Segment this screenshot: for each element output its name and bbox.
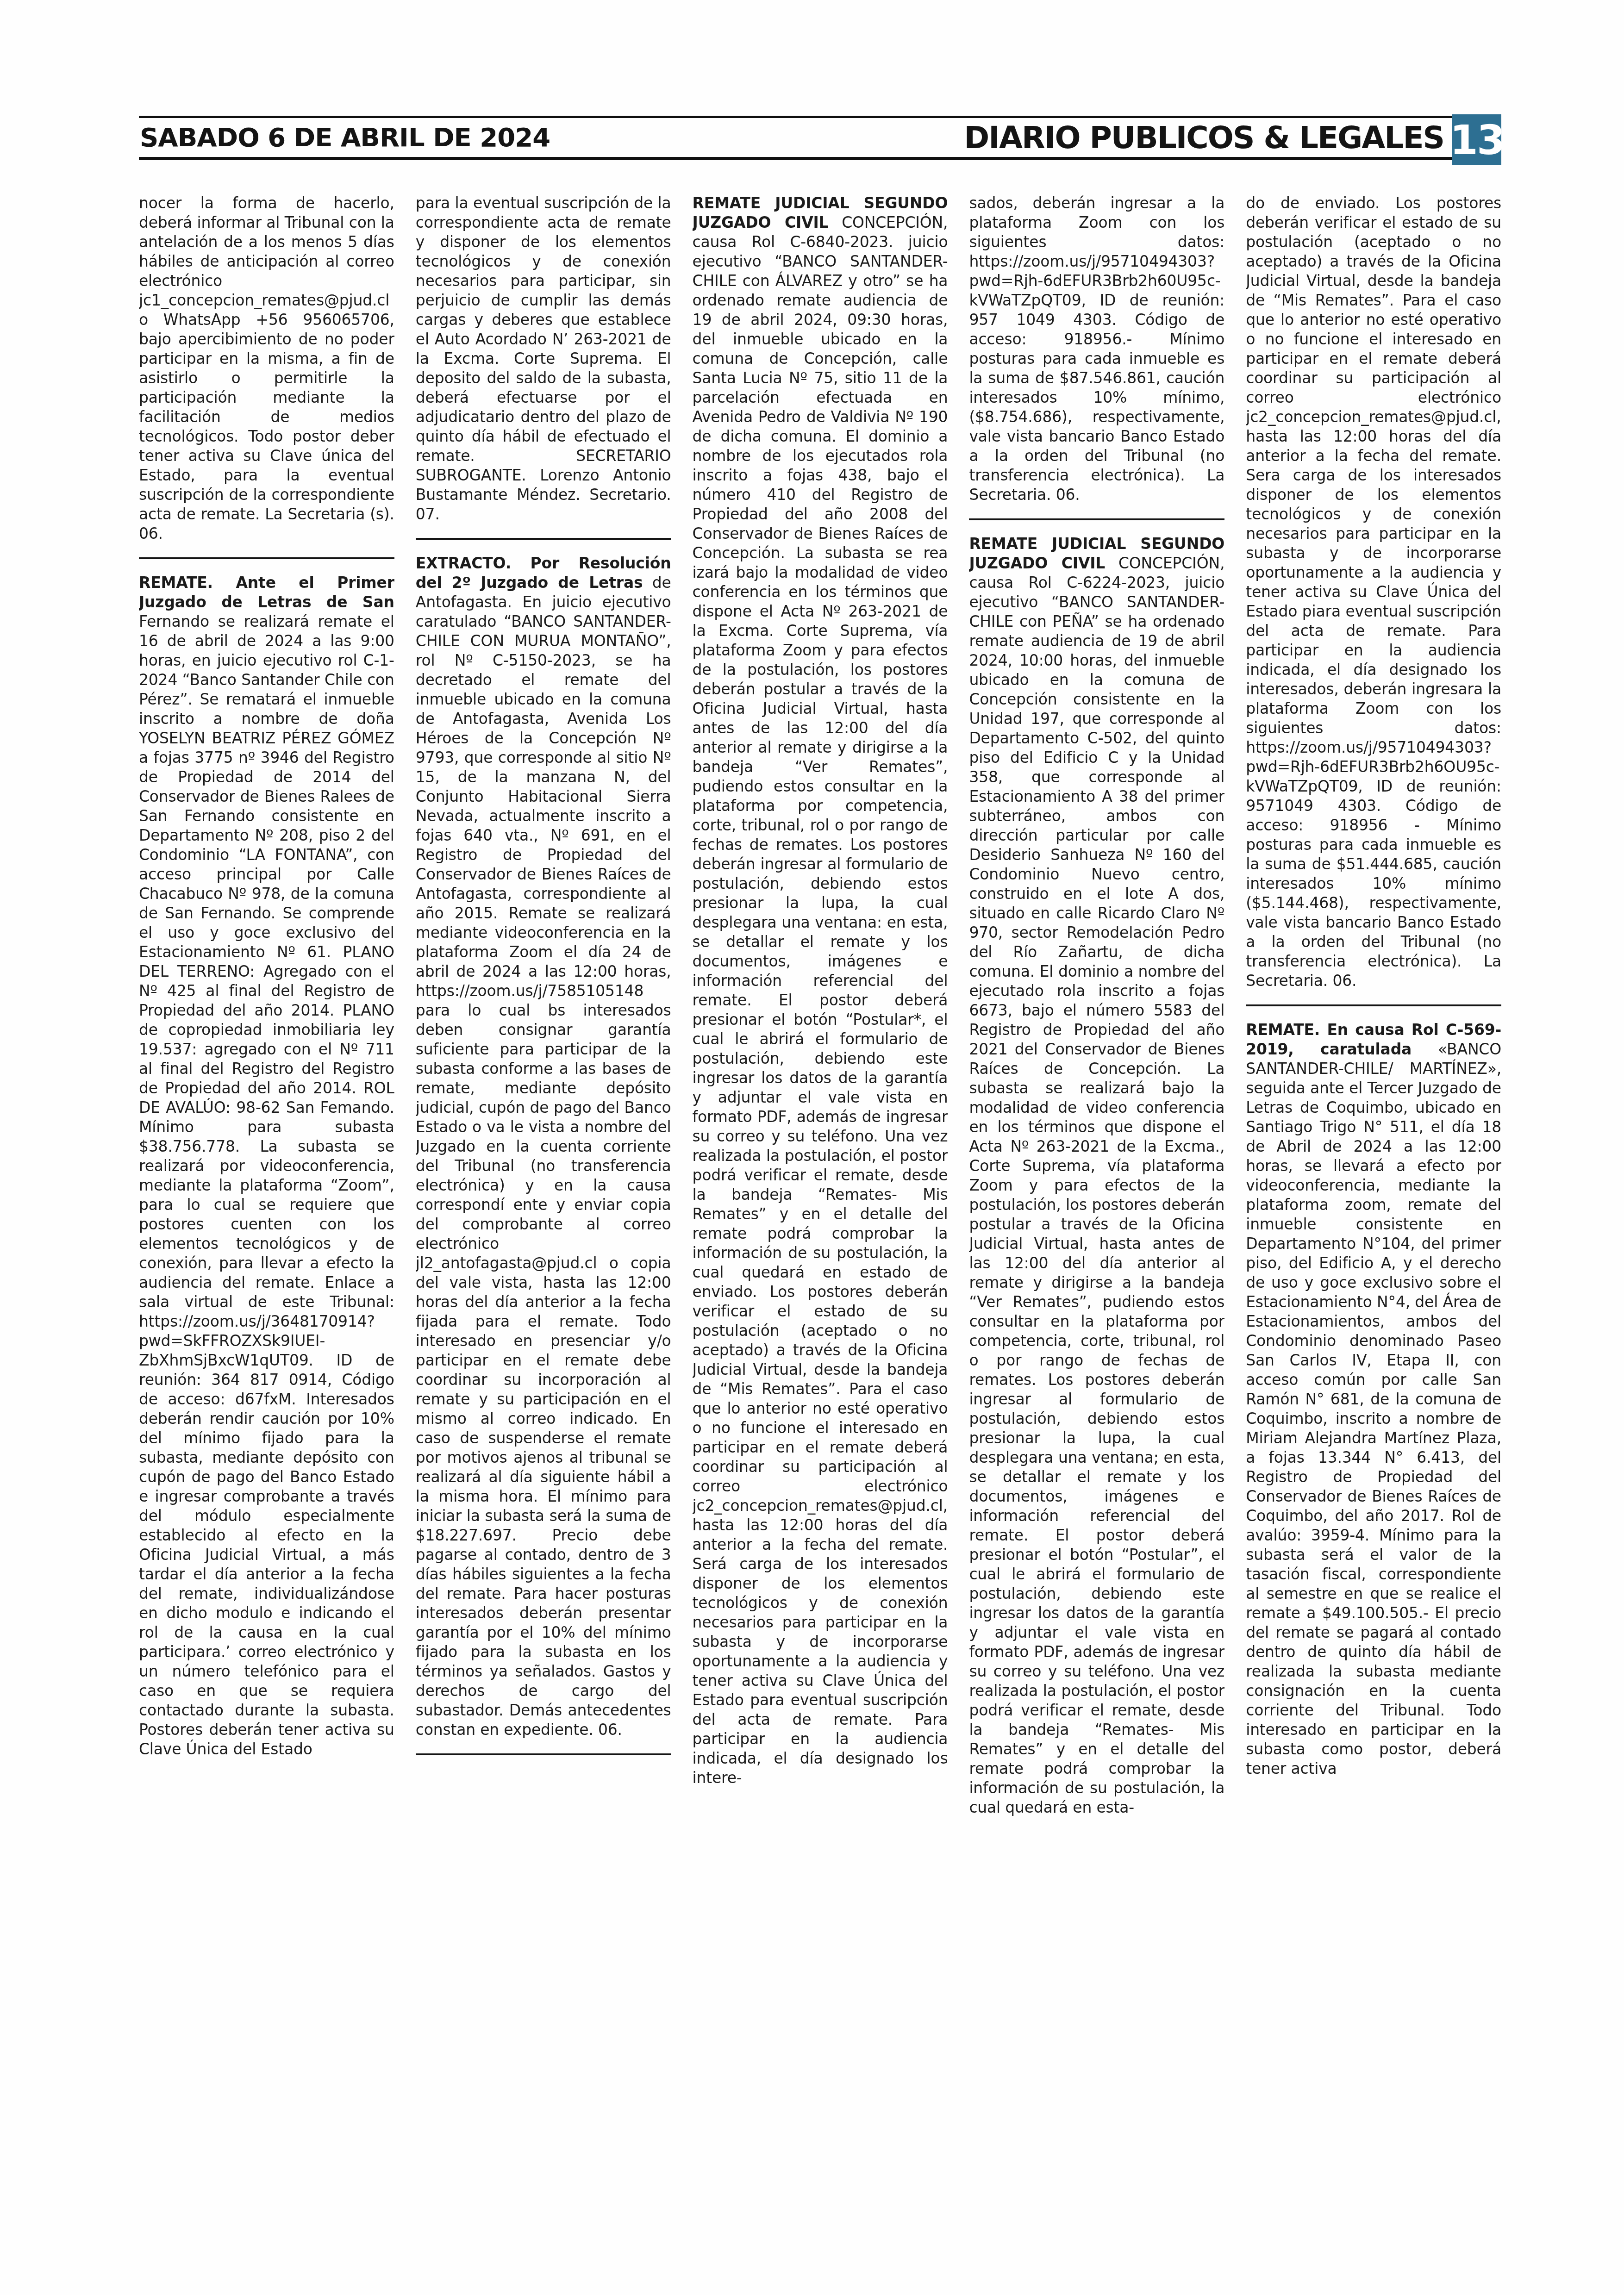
column-2: para la eventual suscripción de la corre… [416, 193, 671, 2221]
column-5: do de enviado. Los postores deberán veri… [1246, 193, 1501, 2221]
notice-continuation: sados, deberán ingresar a la plataforma … [969, 193, 1224, 505]
notice-divider [1246, 1004, 1501, 1006]
notice-divider [139, 557, 394, 559]
notice: EXTRACTO. Por Resolución del 2º Juzgado … [416, 554, 671, 1740]
notice-divider [416, 538, 671, 540]
header-brand: DIARIO PUBLICOS & LEGALES [964, 120, 1444, 156]
notice-title: EXTRACTO. Por Resolución del 2º Juzgado … [416, 554, 671, 592]
notice: REMATE JUDICIAL SEGUNDO JUZGADO CIVIL CO… [969, 534, 1224, 1817]
page-header: SABADO 6 DE ABRIL DE 2024 DIARIO PUBLICO… [139, 116, 1452, 160]
notice-body: de Antofagasta. En juicio ejecutivo cara… [416, 574, 671, 1739]
column-4: sados, deberán ingresar a la plataforma … [969, 193, 1224, 2221]
column-3: REMATE JUDICIAL SEGUNDO JUZGADO CIVIL CO… [693, 193, 948, 2221]
notice-body: CONCEPCIÓN, causa Rol C-6840-2023. juici… [693, 213, 948, 1787]
page-number-badge: 13 [1452, 114, 1501, 165]
notice: REMATE. En causa Rol C-569-2019, caratul… [1246, 1020, 1501, 1778]
notice-divider [969, 518, 1224, 520]
notice-continuation: do de enviado. Los postores deberán veri… [1246, 193, 1501, 991]
notice-title: REMATE. Ante el Primer Juzgado de Letras… [139, 574, 394, 611]
notice-body: CONCEPCIÓN, causa Rol C-6224-2023, juici… [969, 554, 1224, 1816]
legal-notices-columns: nocer la forma de hacerlo, deberá inform… [139, 193, 1501, 2221]
newspaper-page: SABADO 6 DE ABRIL DE 2024 DIARIO PUBLICO… [0, 0, 1624, 2295]
notice-continuation: para la eventual suscripción de la corre… [416, 193, 671, 524]
notice: REMATE. Ante el Primer Juzgado de Letras… [139, 573, 394, 1759]
column-1: nocer la forma de hacerlo, deberá inform… [139, 193, 394, 2221]
notice: REMATE JUDICIAL SEGUNDO JUZGADO CIVIL CO… [693, 193, 948, 1788]
header-date: SABADO 6 DE ABRIL DE 2024 [140, 123, 550, 153]
notice-divider [416, 1753, 671, 1755]
notice-body: Fernando se realizará remate el 16 de ab… [139, 612, 394, 1758]
notice-continuation: nocer la forma de hacerlo, deberá inform… [139, 193, 394, 543]
notice-body: «BANCO SANTANDER-CHILE/ MARTÍNEZ», segui… [1246, 1040, 1501, 1777]
